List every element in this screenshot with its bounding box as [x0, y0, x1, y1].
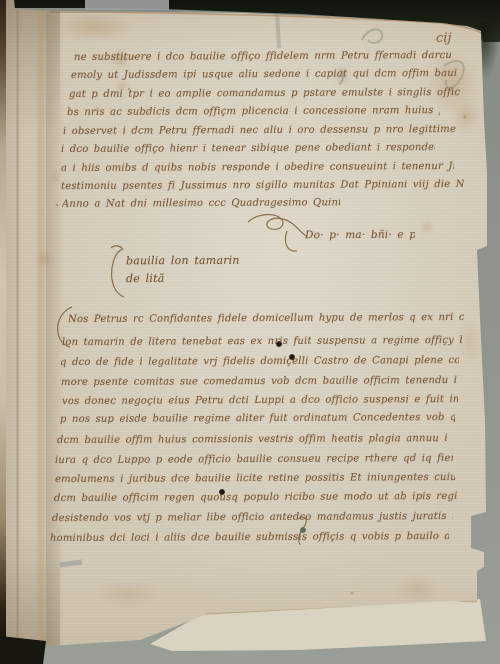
stain: [396, 576, 440, 602]
manuscript-line: lon tamarin de litera tenebat eas ex nri…: [62, 334, 462, 350]
wormhole: [219, 489, 225, 495]
stain: [420, 220, 434, 234]
manuscript-line: dcm bauilie offim huius comissionis vest…: [57, 432, 451, 448]
manuscript-line: desistendo vos vtj p meliar libe officio…: [52, 510, 453, 526]
manuscript-line: more psente comitas sue comedamus vob dc…: [61, 374, 458, 390]
manuscript-line: gat p dmi tpr i eo amplie comandamus p p…: [69, 86, 460, 102]
entry-heading-line: bauilia lon tamarin: [126, 254, 246, 269]
manuscript-photo: cij ne substituere i dco bauilie offiço …: [0, 0, 500, 664]
wormhole: [276, 341, 282, 347]
manuscript-line: q dco de fide i legalitate vrj fidelis d…: [60, 354, 459, 370]
manuscript-line: i dco bauilie offiço hienr i tenear sibi…: [61, 141, 435, 157]
show-through-mark: [362, 29, 382, 43]
foxing-speck: [351, 592, 354, 595]
manuscript-line: ne substituere i dco bauilie offiço ffid…: [74, 49, 452, 65]
stain: [50, 172, 60, 182]
manuscript-line: emolumens i juribus dce bauilie licite r…: [55, 471, 455, 487]
folio-number: cij: [436, 31, 451, 46]
entry-heading-line: de litã: [126, 272, 186, 286]
backdrop-tab: [85, 0, 169, 10]
manuscript-line: vos donec negoçiu eius Petru dcti Luppi …: [62, 393, 458, 409]
wormhole: [289, 354, 295, 360]
manuscript-line: a i hiis omibs d quibs nobis responde i …: [61, 160, 454, 176]
manuscript-line: iura q dco Luppo p eode officio bauilie …: [55, 452, 453, 468]
manuscript-line: Anno a Nat dni millesimo ccc Quadragesim…: [62, 196, 340, 211]
manuscript-page: cij ne substituere i dco bauilie offiço …: [0, 0, 500, 664]
stain: [58, 14, 132, 40]
stain: [36, 250, 52, 268]
heading-bracket-flourish: [111, 246, 124, 297]
registration-note: Do· p· ma· bñi· e pinos: [305, 228, 415, 243]
manuscript-line: testimoniu psentes fi Jussimus nro sigil…: [61, 178, 464, 194]
manuscript-line: p nos sup eisde bauilie regime aliter fu…: [60, 411, 455, 427]
registration-swash-flourish: [248, 215, 306, 252]
show-through-streak: [277, 12, 279, 48]
manuscript-line: emoly ut Judissdem ipi usque aliu sedone…: [71, 67, 457, 83]
stain: [96, 582, 160, 606]
manuscript-line: Nos Petrus rc Confidantes fidele domicel…: [68, 311, 464, 327]
manuscript-line: dcm bauilie officim regen quousq populo …: [54, 490, 457, 506]
gutter-fold-shadow: [46, 8, 64, 648]
manuscript-line: i observet i dcm Petru ffernadi nec aliu…: [63, 123, 457, 139]
manuscript-line: hominibus dci loci i aliis dce bauilie s…: [50, 530, 449, 546]
gray-hole: [300, 527, 306, 533]
book-binding: [0, 0, 7, 664]
manuscript-line: bs nris ac subdicis dcm offiçm plicencia…: [67, 104, 440, 120]
